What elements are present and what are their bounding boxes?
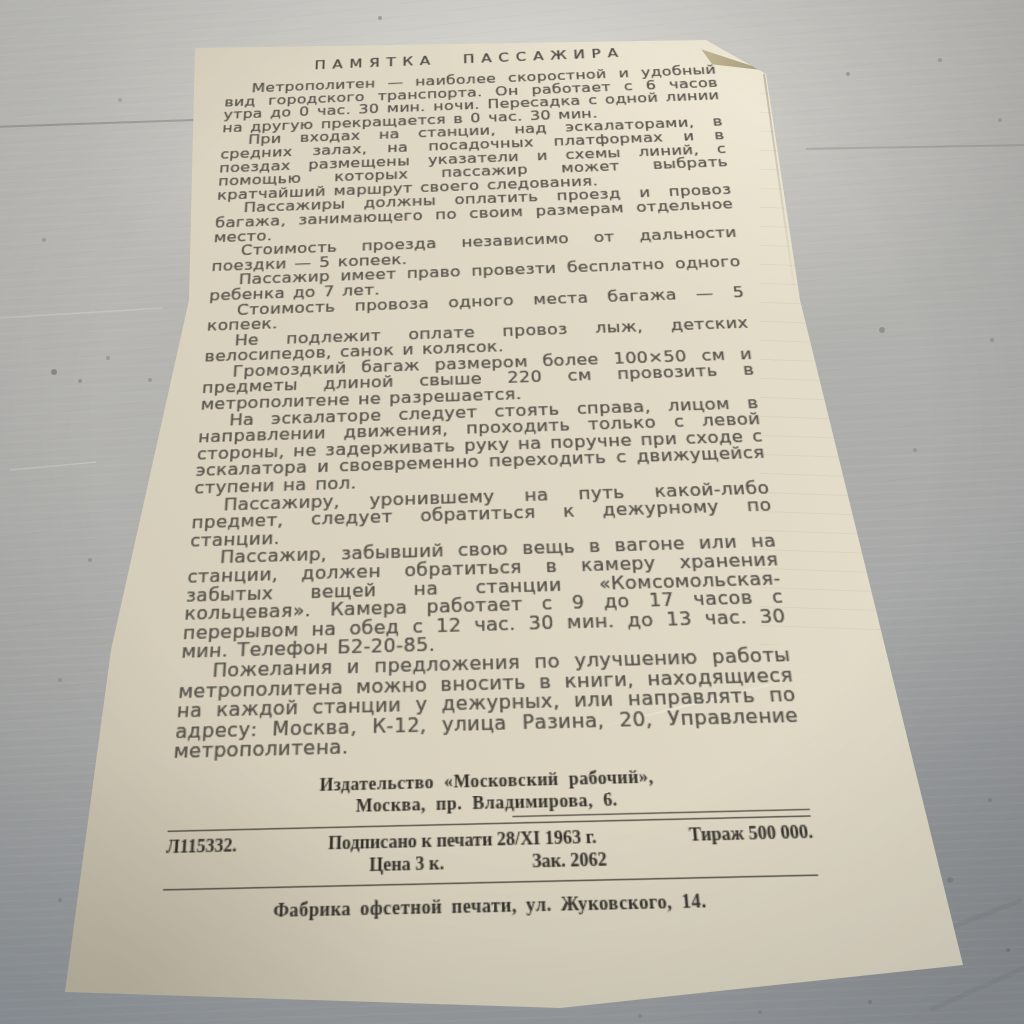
- circulation: Тираж 500 000.: [688, 822, 814, 848]
- memo-paragraph: Пожелания и предложения по улучшению раб…: [173, 646, 802, 763]
- photo-of-leaflet: ПАМЯТКА ПАССАЖИРА Метрополитен — наиболе…: [0, 0, 1024, 1024]
- memo-page: ПАМЯТКА ПАССАЖИРА Метрополитен — наиболе…: [165, 38, 815, 865]
- price: Цена 3 к.: [369, 854, 444, 876]
- order-number: Зак. 2062: [532, 851, 608, 873]
- print-code: Л115332.: [165, 835, 237, 859]
- colophon: Издательство «Московский рабочий», Москв…: [160, 763, 823, 926]
- memo-body: Метрополитен — наиболее скоростной и удо…: [173, 64, 802, 763]
- memo-paragraph: Пассажир, забывший свою вещь в вагоне ил…: [181, 533, 789, 663]
- factory-line: Фабрика офсетной печати, ул. Жуковского,…: [160, 888, 823, 926]
